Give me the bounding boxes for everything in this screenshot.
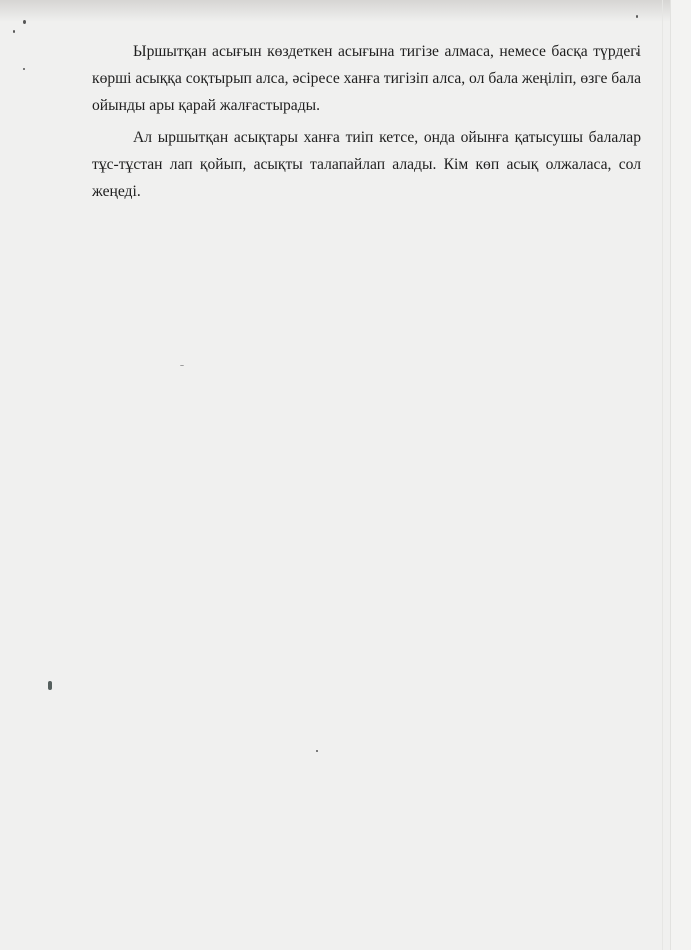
paragraph-2: Ал ыршытқан асықтары ханға тиіп кетсе, о… [92, 124, 641, 205]
dust-speck [13, 30, 15, 33]
dust-speck [48, 681, 52, 690]
dust-speck [636, 52, 638, 55]
document-body: Ыршытқан асығын көздеткен асығына тигізе… [92, 38, 641, 210]
dust-speck [636, 15, 638, 18]
dust-speck [23, 20, 26, 24]
scan-edge-strip [670, 0, 691, 950]
dust-speck [23, 68, 25, 70]
dust-speck [316, 750, 318, 752]
paragraph-1: Ыршытқан асығын көздеткен асығына тигізе… [92, 38, 641, 119]
dust-speck [180, 365, 184, 366]
scan-edge-line [662, 0, 663, 950]
scan-shadow-top [0, 0, 691, 22]
